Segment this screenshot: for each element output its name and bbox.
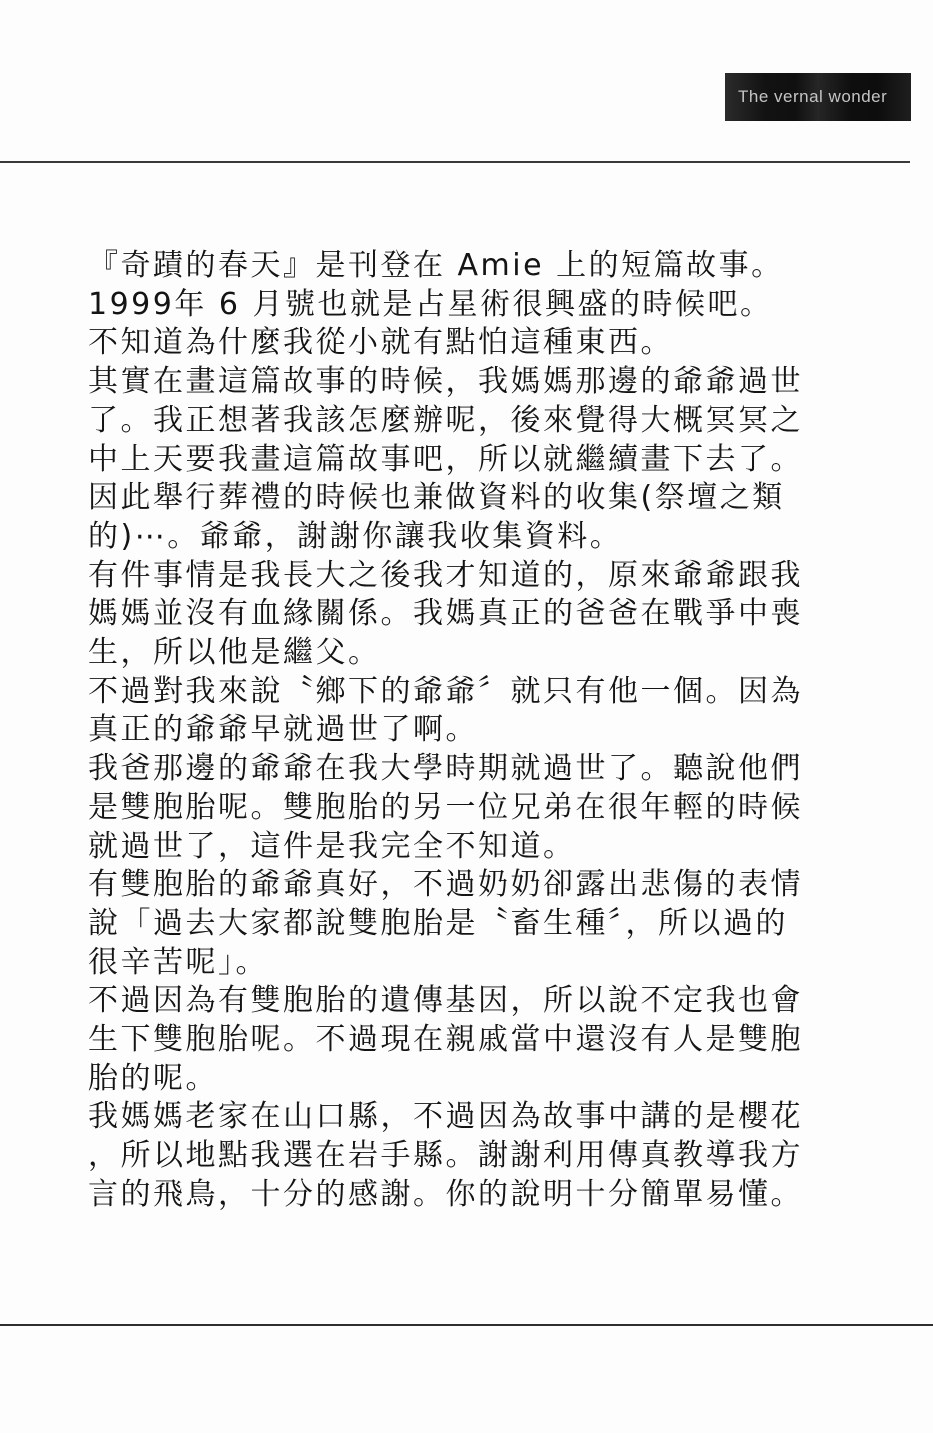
text-line: 因此舉行葬禮的時候也兼做資料的收集(祭壇之類 bbox=[88, 479, 888, 518]
top-divider bbox=[0, 161, 910, 163]
text-line: 我媽媽老家在山口縣，不過因為故事中講的是櫻花 bbox=[88, 1098, 888, 1137]
text-line: 的)⋯。爺爺，謝謝你讓我收集資料。 bbox=[88, 518, 888, 557]
chapter-title-label: The vernal wonder bbox=[725, 87, 887, 107]
text-line: 不知道為什麼我從小就有點怕這種東西。 bbox=[88, 324, 888, 363]
text-line: 我爸那邊的爺爺在我大學時期就過世了。聽說他們 bbox=[88, 750, 888, 789]
text-line: 很辛苦呢」。 bbox=[88, 944, 888, 983]
text-line: 不過因為有雙胞胎的遺傳基因，所以說不定我也會 bbox=[88, 982, 888, 1021]
author-afterword-text: 『奇蹟的春天』是刊登在 Amie 上的短篇故事。 1999年 6 月號也就是占星… bbox=[88, 247, 888, 1215]
text-line: 了。我正想著我該怎麼辦呢，後來覺得大概冥冥之 bbox=[88, 402, 888, 441]
text-line: 生下雙胞胎呢。不過現在親戚當中還沒有人是雙胞 bbox=[88, 1021, 888, 1060]
text-line: 有雙胞胎的爺爺真好，不過奶奶卻露出悲傷的表情 bbox=[88, 866, 888, 905]
text-line: 『奇蹟的春天』是刊登在 Amie 上的短篇故事。 bbox=[88, 247, 888, 286]
scanned-book-page: The vernal wonder 『奇蹟的春天』是刊登在 Amie 上的短篇故… bbox=[0, 0, 933, 1433]
text-line: 1999年 6 月號也就是占星術很興盛的時候吧。 bbox=[88, 286, 888, 325]
chapter-title-banner: The vernal wonder bbox=[725, 73, 911, 121]
text-line: 就過世了，這件是我完全不知道。 bbox=[88, 828, 888, 867]
text-line: 言的飛鳥，十分的感謝。你的說明十分簡單易懂。 bbox=[88, 1176, 888, 1215]
bottom-divider bbox=[0, 1324, 933, 1326]
text-line: 有件事情是我長大之後我才知道的，原來爺爺跟我 bbox=[88, 557, 888, 596]
text-line: 其實在畫這篇故事的時候，我媽媽那邊的爺爺過世 bbox=[88, 363, 888, 402]
text-line: ，所以地點我選在岩手縣。謝謝利用傳真教導我方 bbox=[88, 1137, 888, 1176]
text-line: 生，所以他是繼父。 bbox=[88, 634, 888, 673]
text-line: 說「過去大家都說雙胞胎是〝畜生種〞，所以過的 bbox=[88, 905, 888, 944]
text-line: 真正的爺爺早就過世了啊。 bbox=[88, 711, 888, 750]
text-line: 中上天要我畫這篇故事吧，所以就繼續畫下去了。 bbox=[88, 441, 888, 480]
text-line: 胎的呢。 bbox=[88, 1060, 888, 1099]
text-line: 不過對我來說〝鄉下的爺爺〞就只有他一個。因為 bbox=[88, 673, 888, 712]
text-line: 媽媽並沒有血緣關係。我媽真正的爸爸在戰爭中喪 bbox=[88, 595, 888, 634]
text-line: 是雙胞胎呢。雙胞胎的另一位兄弟在很年輕的時候 bbox=[88, 789, 888, 828]
